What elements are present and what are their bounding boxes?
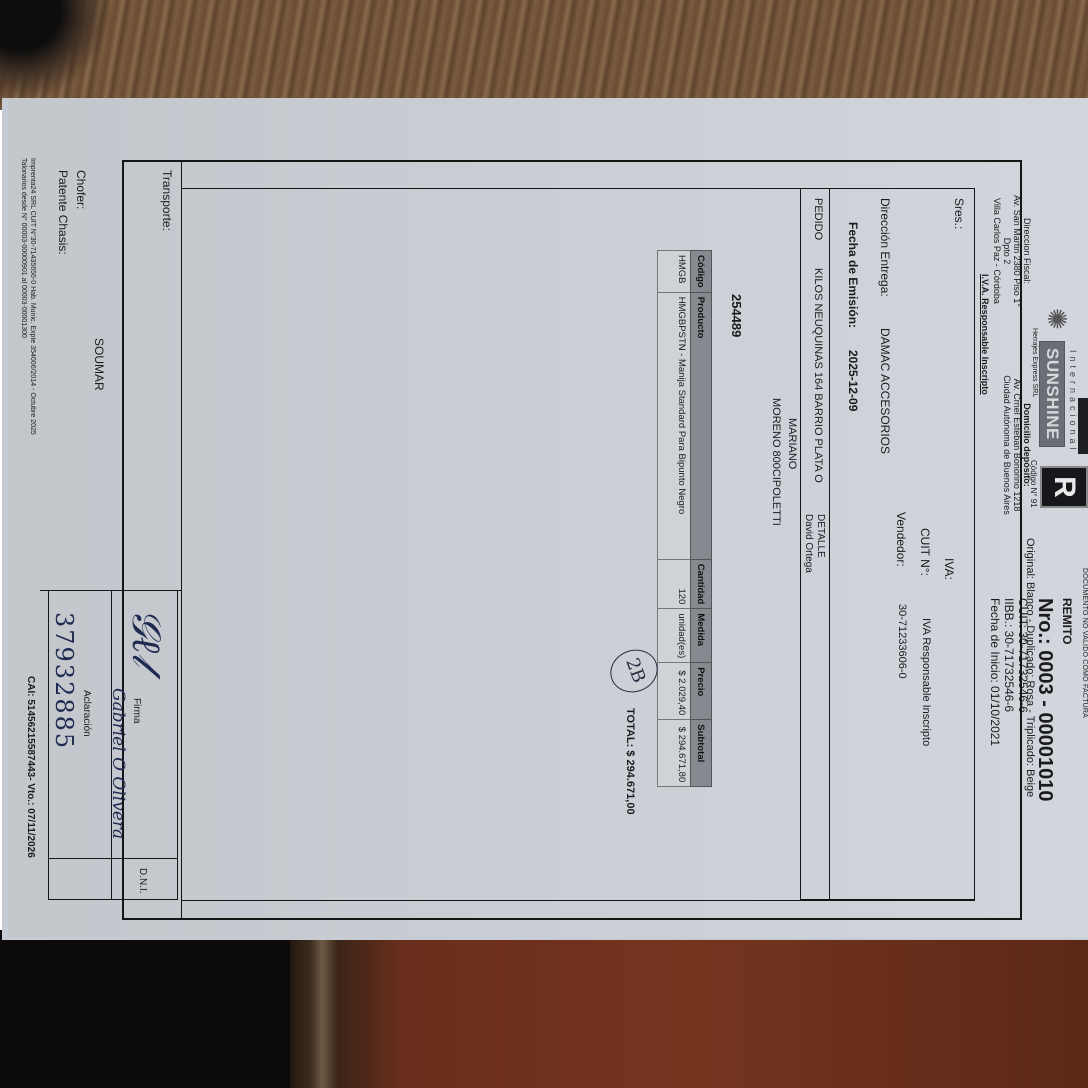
- printer-line2: Talonarios desde N° 00003-00000901 al 00…: [20, 158, 27, 338]
- aclaracion-label: Aclaración: [81, 690, 92, 737]
- dark-floor-area: [0, 930, 300, 1088]
- cai-code: CAI: 51456215587443- Vto.: 07/11/2026: [25, 676, 36, 858]
- signature-scribble: 𝒢ℓ𝓁: [123, 608, 170, 666]
- signature-dni: 37932885: [50, 612, 78, 750]
- inner-right-border: [182, 900, 975, 901]
- chofer-value: SOUMAR: [92, 338, 106, 391]
- transport-label: Transporte:: [160, 170, 174, 231]
- sun-logo-icon: ✺: [1041, 308, 1072, 330]
- dni-divider: [48, 858, 178, 859]
- company-name: Herrajes Express SRL: [1031, 328, 1038, 397]
- chofer-label: Chofer:: [74, 170, 88, 209]
- inner-left-border: [182, 188, 975, 189]
- warehouse-label: Domicilio depósito:: [1022, 360, 1032, 530]
- fiscal-address-label: Direccion Fiscal:: [1022, 186, 1032, 316]
- patente-label: Patente Chasis:: [56, 170, 70, 255]
- not-valid-notice: DOCUMENTO NO VALIDO COMO FACTURA: [1081, 568, 1088, 718]
- brand-subtitle: Internacional: [1068, 350, 1078, 454]
- signature-name: Gabriel O Olivera: [108, 688, 128, 839]
- printer-line1: Imprenta24 SRL CUIT N°30-71435656-0 Hab.…: [29, 158, 36, 435]
- main-frame: [122, 160, 1022, 920]
- remito-document: ✺ Internacional SUNSHINE Herrajes Expres…: [8, 98, 1088, 938]
- dark-object: [0, 0, 110, 110]
- header-dark-bar: [1078, 398, 1088, 454]
- firma-label: Firma: [131, 698, 142, 724]
- document-type-letter: R: [1040, 466, 1088, 508]
- copies-legend: Original: Blanco - Duplicado: Rosa - Tri…: [1024, 538, 1036, 797]
- wooden-table-edge: [290, 930, 1088, 1088]
- brand-logo: SUNSHINE: [1040, 342, 1064, 446]
- document-number: Nro.: 0003 - 00001010: [1033, 598, 1056, 801]
- transport-divider: [181, 160, 182, 920]
- wooden-table-background: [0, 0, 1088, 110]
- dni-label: D.N.I.: [137, 868, 148, 894]
- document-title: REMITO: [1060, 598, 1074, 644]
